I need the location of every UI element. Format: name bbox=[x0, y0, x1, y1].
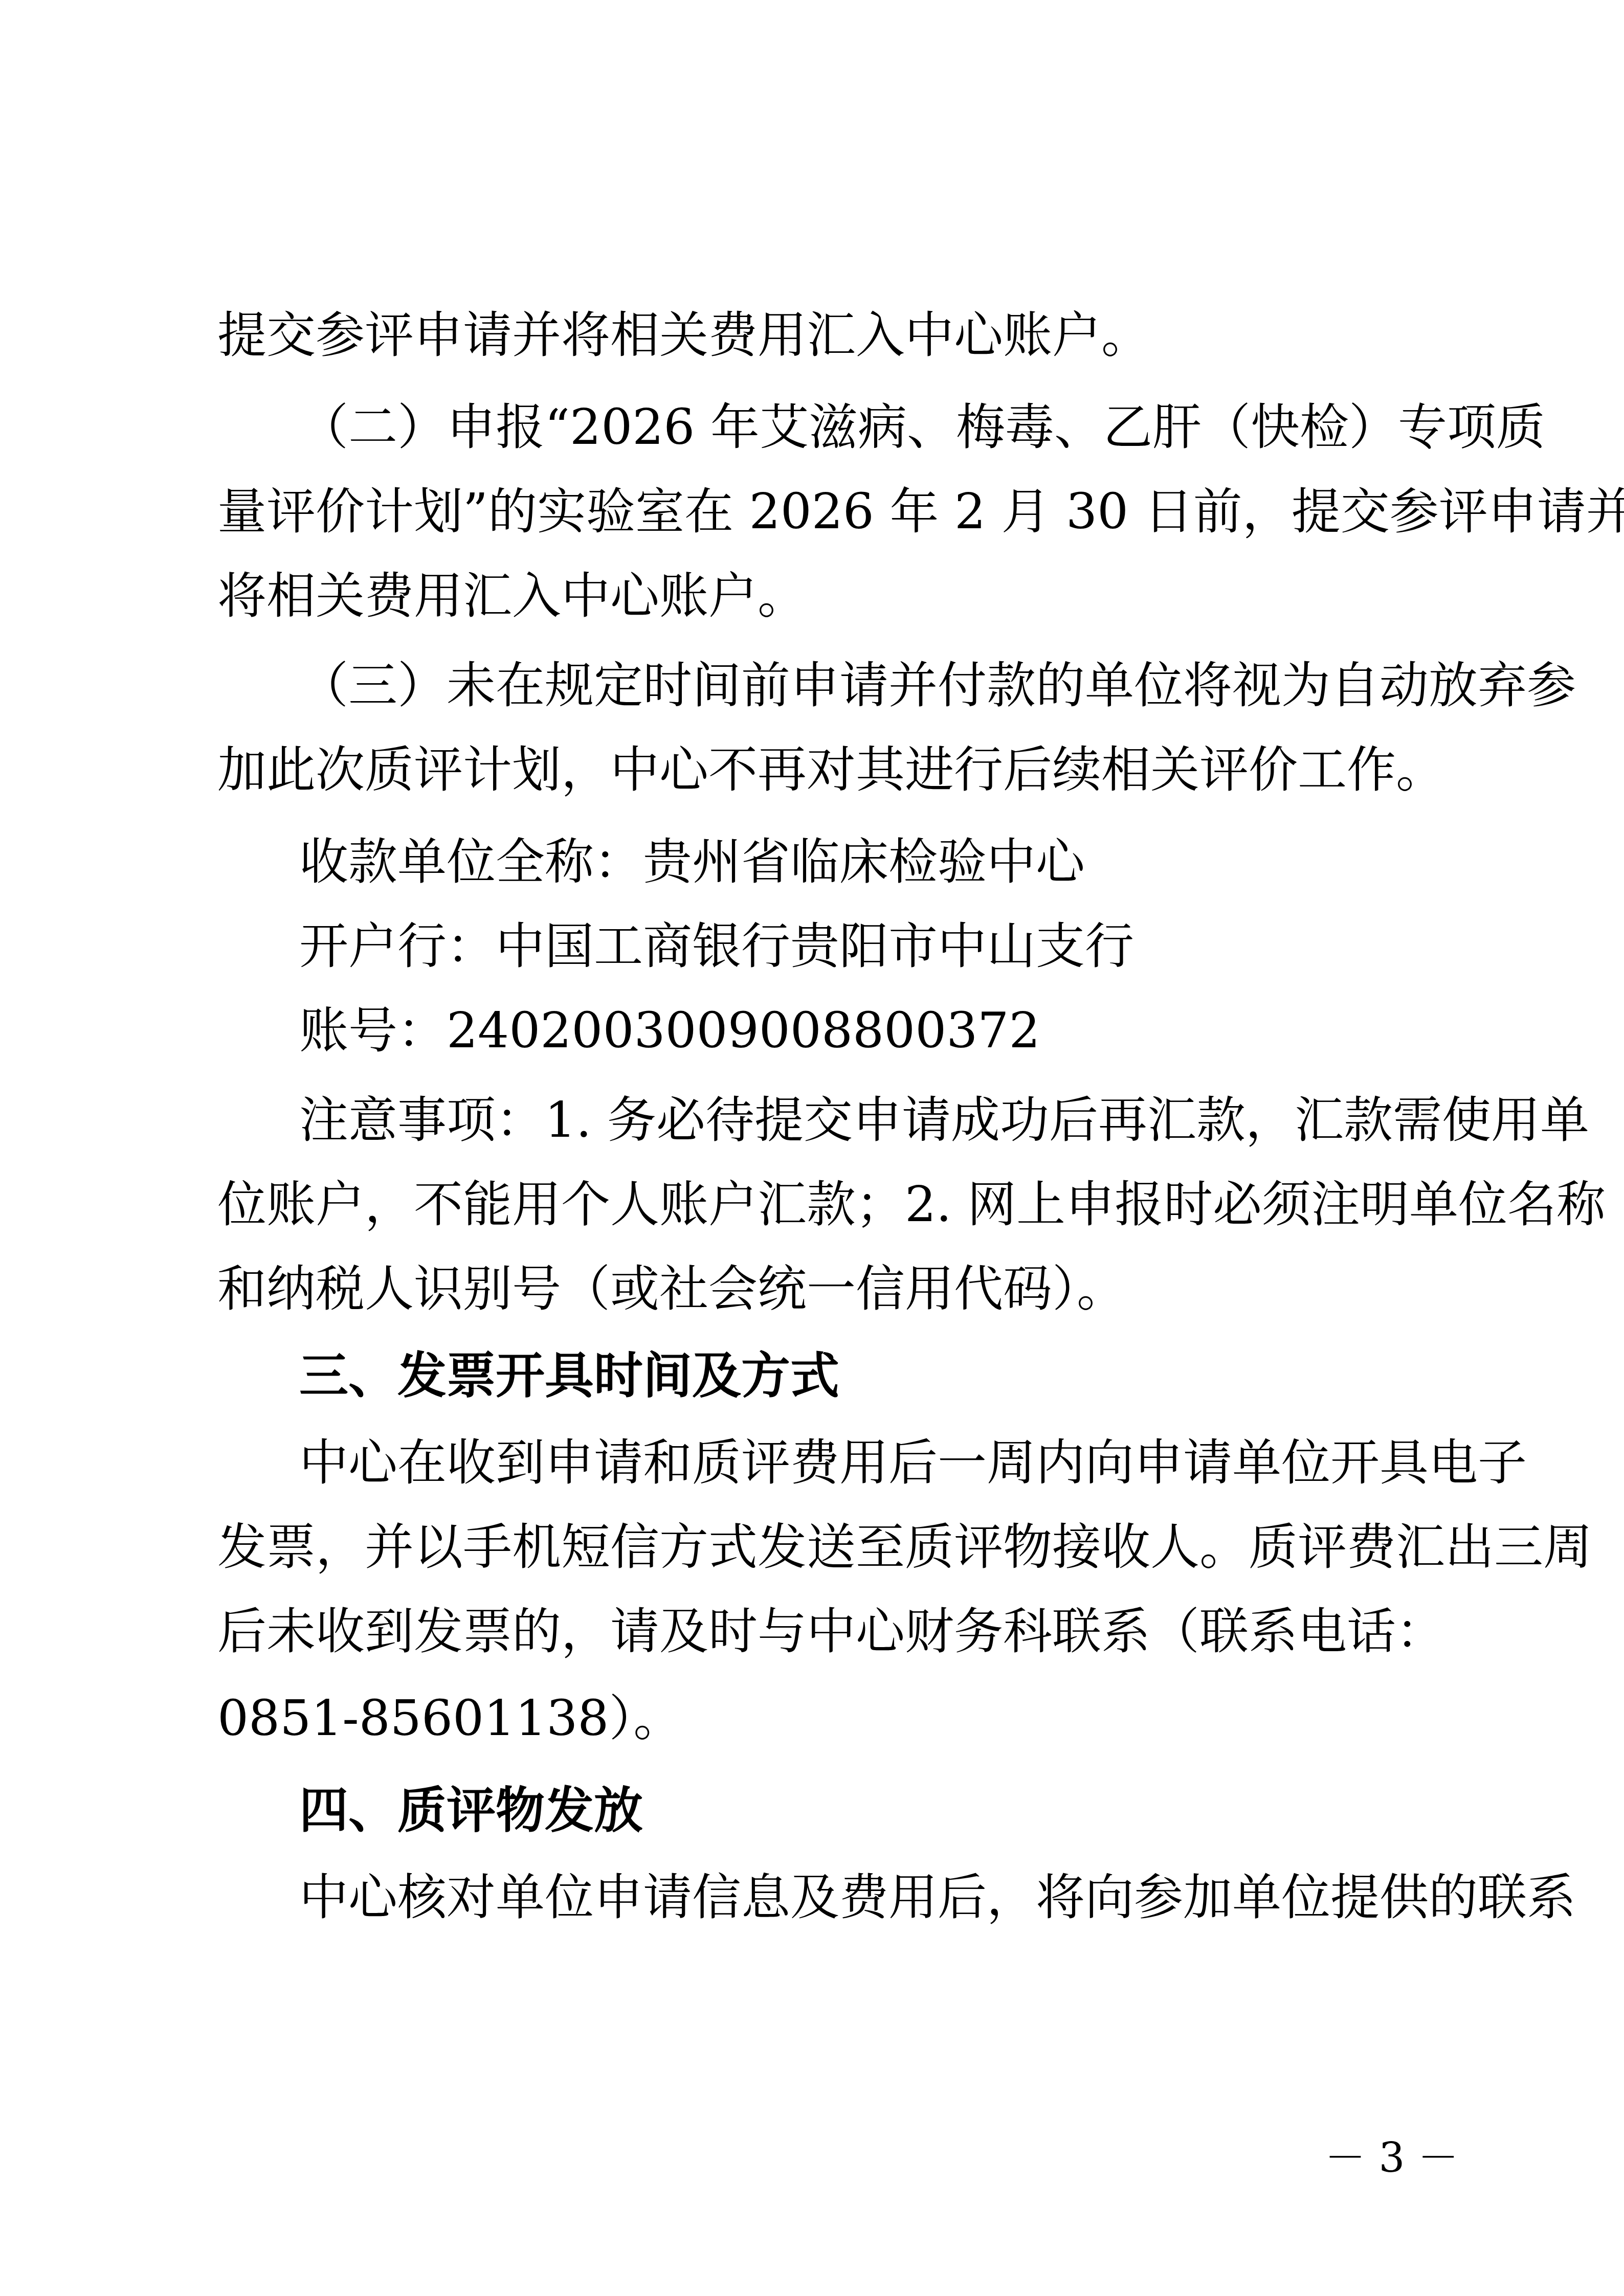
paragraph-line: （三）未在规定时间前申请并付款的单位将视为自动放弃参 bbox=[299, 652, 1419, 718]
paragraph-line: 将相关费用汇入中心账户。 bbox=[217, 562, 1419, 629]
bank-name-line: 开户行：中国工商银行贵阳市中山支行 bbox=[299, 913, 1419, 979]
payee-name-line: 收款单位全称：贵州省临床检验中心 bbox=[299, 828, 1419, 895]
paragraph-line: 量评价计划”的实验室在 2026 年 2 月 30 日前，提交参评申请并 bbox=[217, 478, 1419, 545]
paragraph-line: 提交参评申请并将相关费用汇入中心账户。 bbox=[217, 302, 1419, 368]
paragraph-line: 中心核对单位申请信息及费用后，将向参加单位提供的联系 bbox=[299, 1864, 1419, 1930]
paragraph-line: 加此次质评计划，中心不再对其进行后续相关评价工作。 bbox=[217, 736, 1419, 803]
section-heading-distribution: 四、质评物发放 bbox=[299, 1777, 1419, 1843]
paragraph-line: 中心在收到申请和质评费用后一周内向申请单位开具电子 bbox=[299, 1429, 1419, 1496]
page-number: － 3 － bbox=[1325, 2132, 1437, 2184]
account-number-line: 账号：2402003009008800372 bbox=[299, 997, 1419, 1064]
paragraph-line: 位账户，不能用个人账户汇款；2. 网上申报时必须注明单位名称 bbox=[217, 1171, 1419, 1237]
paragraph-line: 0851-85601138）。 bbox=[217, 1685, 1419, 1751]
document-page: 提交参评申请并将相关费用汇入中心账户。 （二）申报“2026 年艾滋病、梅毒、乙… bbox=[0, 0, 1624, 2296]
paragraph-line: 后未收到发票的，请及时与中心财务科联系（联系电话： bbox=[217, 1598, 1419, 1664]
paragraph-line: 注意事项：1. 务必待提交申请成功后再汇款，汇款需使用单 bbox=[299, 1087, 1419, 1153]
section-heading-invoice: 三、发票开具时间及方式 bbox=[299, 1342, 1419, 1409]
paragraph-line: 发票，并以手机短信方式发送至质评物接收人。质评费汇出三周 bbox=[217, 1514, 1419, 1580]
paragraph-line: 和纳税人识别号（或社会统一信用代码）。 bbox=[217, 1255, 1419, 1322]
paragraph-line: （二）申报“2026 年艾滋病、梅毒、乙肝（快检）专项质 bbox=[299, 394, 1419, 460]
